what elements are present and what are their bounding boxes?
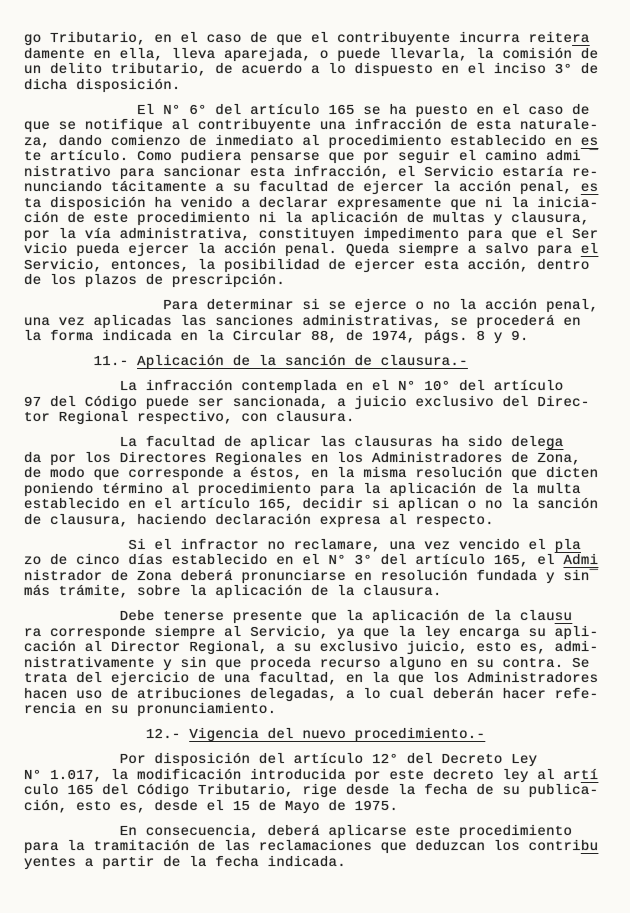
text-line: para la tramitación de las reclamaciones…: [24, 840, 630, 856]
text-line: za, dando comienzo de inmediato al proce…: [24, 135, 630, 151]
text-segment: Servicio, entonces, la posibilidad de ej…: [24, 258, 590, 274]
text-line: de los plazos de prescripción.: [24, 274, 630, 290]
text-line: rencia en su pronunciamiento.: [24, 703, 630, 719]
text-segment: nistrador de Zona deberá pronunciarse en…: [24, 569, 598, 585]
text-segment: la forma indicada en la Circular 88, de …: [24, 329, 529, 345]
text-line: nistrador de Zona deberá pronunciarse en…: [24, 570, 630, 586]
text-segment: za, dando comienzo de inmediato al proce…: [24, 134, 581, 150]
text-line: ta disposición ha venido a declarar expr…: [24, 197, 630, 213]
text-line: En consecuencia, deberá aplicarse este p…: [24, 825, 630, 841]
text-segment: tor Regional respectivo, con clausura.: [24, 410, 355, 426]
text-segment: go Tributario, en el caso de que el cont…: [24, 31, 572, 47]
text-line: más trámite, sobre la aplicación de la c…: [24, 585, 630, 601]
text-line: Servicio, entonces, la posibilidad de ej…: [24, 259, 630, 275]
text-line: 97 del Código puede ser sancionada, a ju…: [24, 396, 630, 412]
underlined-text-segment: es: [581, 180, 598, 196]
paragraph: Por disposición del artículo 12° del Dec…: [24, 753, 630, 815]
paragraph: La infracción contemplada en el N° 10° d…: [24, 380, 630, 427]
underlined-text-segment: ra: [572, 31, 589, 47]
underlined-text-segment: bu: [581, 839, 598, 855]
underlined-text-segment: Admi: [563, 553, 598, 569]
section-heading: 12.- Vigencia del nuevo procedimiento.-: [24, 728, 630, 744]
paragraph: Si el infractor no reclamare, una vez ve…: [24, 539, 630, 601]
text-segment: una vez aplicadas las sanciones administ…: [24, 314, 581, 330]
text-line: Por disposición del artículo 12° del Dec…: [24, 753, 630, 769]
text-segment: Por disposición del artículo 12° del Dec…: [24, 752, 537, 768]
text-segment: para la tramitación de las reclamaciones…: [24, 839, 581, 855]
text-segment: yentes a partir de la fecha indicada.: [24, 855, 346, 871]
text-segment: nunciando tácitamente a su facultad de e…: [24, 180, 581, 196]
text-line: ción de este procedimiento ni la aplicac…: [24, 212, 630, 228]
text-segment: rencia en su pronunciamiento.: [24, 702, 276, 718]
text-line: trata del ejercicio de una facultad, en …: [24, 672, 630, 688]
paragraph: El N° 6° del artículo 165 se ha puesto e…: [24, 104, 630, 290]
text-line: nistrativamente y sin que proceda recurs…: [24, 657, 630, 673]
underlined-text-segment: pla: [555, 538, 581, 554]
text-line: de clausura, haciendo declaración expres…: [24, 514, 630, 530]
paragraph: En consecuencia, deberá aplicarse este p…: [24, 825, 630, 872]
text-segment: En consecuencia, deberá aplicarse este p…: [24, 824, 572, 840]
text-segment: vicio pueda ejercer la acción penal. Que…: [24, 242, 581, 258]
paragraph: go Tributario, en el caso de que el cont…: [24, 32, 630, 94]
text-segment: damente en ella, lleva aparejada, o pued…: [24, 47, 598, 63]
text-segment: trata del ejercicio de una facultad, en …: [24, 671, 598, 687]
paragraph: La facultad de aplicar las clausuras ha …: [24, 436, 630, 529]
text-segment: culo 165 del Código Tributario, rige des…: [24, 783, 598, 799]
text-segment: N° 1.017, la modificación introducida po…: [24, 768, 581, 784]
text-line: La facultad de aplicar las clausuras ha …: [24, 436, 630, 452]
text-line: go Tributario, en el caso de que el cont…: [24, 32, 630, 48]
text-segment: por la vía administrativa, constituyen i…: [24, 227, 598, 243]
text-segment: da por los Directores Regionales en los …: [24, 451, 581, 467]
text-line: Debe tenerse presente que la aplicación …: [24, 610, 630, 626]
underlined-text-segment: ga: [546, 435, 563, 451]
text-line: un delito tributario, de acuerdo a lo di…: [24, 63, 630, 79]
text-segment: ra corresponde siempre al Servicio, ya q…: [24, 625, 598, 641]
section-heading: 11.- Aplicación de la sanción de clausur…: [24, 355, 630, 371]
underlined-text-segment: Vigencia del nuevo procedimiento.-: [189, 727, 485, 743]
text-segment: nistrativamente y sin que proceda recurs…: [24, 656, 590, 672]
text-line: La infracción contemplada en el N° 10° d…: [24, 380, 630, 396]
text-line: nistrativo para sancionar esta infracció…: [24, 166, 630, 182]
text-segment: nistrativo para sancionar esta infracció…: [24, 165, 598, 181]
text-line: hacen uso de atribuciones delegadas, a l…: [24, 688, 630, 704]
text-segment: de clausura, haciendo declaración expres…: [24, 513, 494, 529]
text-line: de modo que corresponde a éstos, en la m…: [24, 467, 630, 483]
text-segment: La facultad de aplicar las clausuras ha …: [24, 435, 546, 451]
text-line: 12.- Vigencia del nuevo procedimiento.-: [24, 728, 630, 744]
text-segment: Para determinar si se ejerce o no la acc…: [24, 298, 598, 314]
text-segment: zo de cinco días establecido en el N° 3°…: [24, 553, 563, 569]
text-segment: 12.-: [24, 727, 189, 743]
text-line: da por los Directores Regionales en los …: [24, 452, 630, 468]
text-line: ción, esto es, desde el 15 de Mayo de 19…: [24, 800, 630, 816]
text-line: El N° 6° del artículo 165 se ha puesto e…: [24, 104, 630, 120]
text-segment: ción, esto es, desde el 15 de Mayo de 19…: [24, 799, 398, 815]
text-line: dicha disposición.: [24, 79, 630, 95]
text-segment: dicha disposición.: [24, 78, 181, 94]
text-line: establecido en el artículo 165, decidir …: [24, 498, 630, 514]
text-line: cación al Director Regional, a su exclus…: [24, 641, 630, 657]
text-segment: un delito tributario, de acuerdo a lo di…: [24, 62, 598, 78]
text-line: la forma indicada en la Circular 88, de …: [24, 330, 630, 346]
text-segment: ción de este procedimiento ni la aplicac…: [24, 211, 590, 227]
text-line: zo de cinco días establecido en el N° 3°…: [24, 554, 630, 570]
text-segment: 97 del Código puede ser sancionada, a ju…: [24, 395, 590, 411]
text-line: te artículo. Como pudiera pensarse que p…: [24, 150, 630, 166]
underlined-text-segment: su: [555, 609, 572, 625]
text-line: damente en ella, lleva aparejada, o pued…: [24, 48, 630, 64]
text-line: nunciando tácitamente a su facultad de e…: [24, 181, 630, 197]
text-line: vicio pueda ejercer la acción penal. Que…: [24, 243, 630, 259]
text-line: 11.- Aplicación de la sanción de clausur…: [24, 355, 630, 371]
text-line: culo 165 del Código Tributario, rige des…: [24, 784, 630, 800]
text-line: poniendo término al procedimiento para l…: [24, 483, 630, 499]
text-line: N° 1.017, la modificación introducida po…: [24, 769, 630, 785]
text-segment: más trámite, sobre la aplicación de la c…: [24, 584, 442, 600]
text-line: yentes a partir de la fecha indicada.: [24, 856, 630, 872]
text-segment: La infracción contemplada en el N° 10° d…: [24, 379, 563, 395]
text-segment: establecido en el artículo 165, decidir …: [24, 497, 598, 513]
text-line: Para determinar si se ejerce o no la acc…: [24, 299, 630, 315]
text-line: que se notifique al contribuyente una in…: [24, 119, 630, 135]
underlined-text-segment: tí: [581, 768, 598, 784]
text-line: tor Regional respectivo, con clausura.: [24, 411, 630, 427]
paragraph: Debe tenerse presente que la aplicación …: [24, 610, 630, 719]
text-segment: Si el infractor no reclamare, una vez ve…: [24, 538, 555, 554]
document-page: go Tributario, en el caso de que el cont…: [0, 0, 630, 913]
text-segment: poniendo término al procedimiento para l…: [24, 482, 581, 498]
text-segment: Debe tenerse presente que la aplicación …: [24, 609, 555, 625]
text-segment: de los plazos de prescripción.: [24, 273, 285, 289]
text-line: por la vía administrativa, constituyen i…: [24, 228, 630, 244]
text-segment: 11.-: [24, 354, 137, 370]
text-segment: que se notifique al contribuyente una in…: [24, 118, 598, 134]
paragraph: Para determinar si se ejerce o no la acc…: [24, 299, 630, 346]
text-segment: hacen uso de atribuciones delegadas, a l…: [24, 687, 598, 703]
text-segment: de modo que corresponde a éstos, en la m…: [24, 466, 598, 482]
text-segment: El N° 6° del artículo 165 se ha puesto e…: [24, 103, 590, 119]
text-line: Si el infractor no reclamare, una vez ve…: [24, 539, 630, 555]
text-segment: te artículo. Como pudiera pensarse que p…: [24, 149, 598, 165]
underlined-text-segment: Aplicación de la sanción de clausura.-: [137, 354, 468, 370]
text-line: una vez aplicadas las sanciones administ…: [24, 315, 630, 331]
underlined-text-segment: es: [581, 134, 598, 150]
text-line: ra corresponde siempre al Servicio, ya q…: [24, 626, 630, 642]
text-segment: cación al Director Regional, a su exclus…: [24, 640, 598, 656]
underlined-text-segment: el: [581, 242, 598, 258]
text-segment: ta disposición ha venido a declarar expr…: [24, 196, 598, 212]
